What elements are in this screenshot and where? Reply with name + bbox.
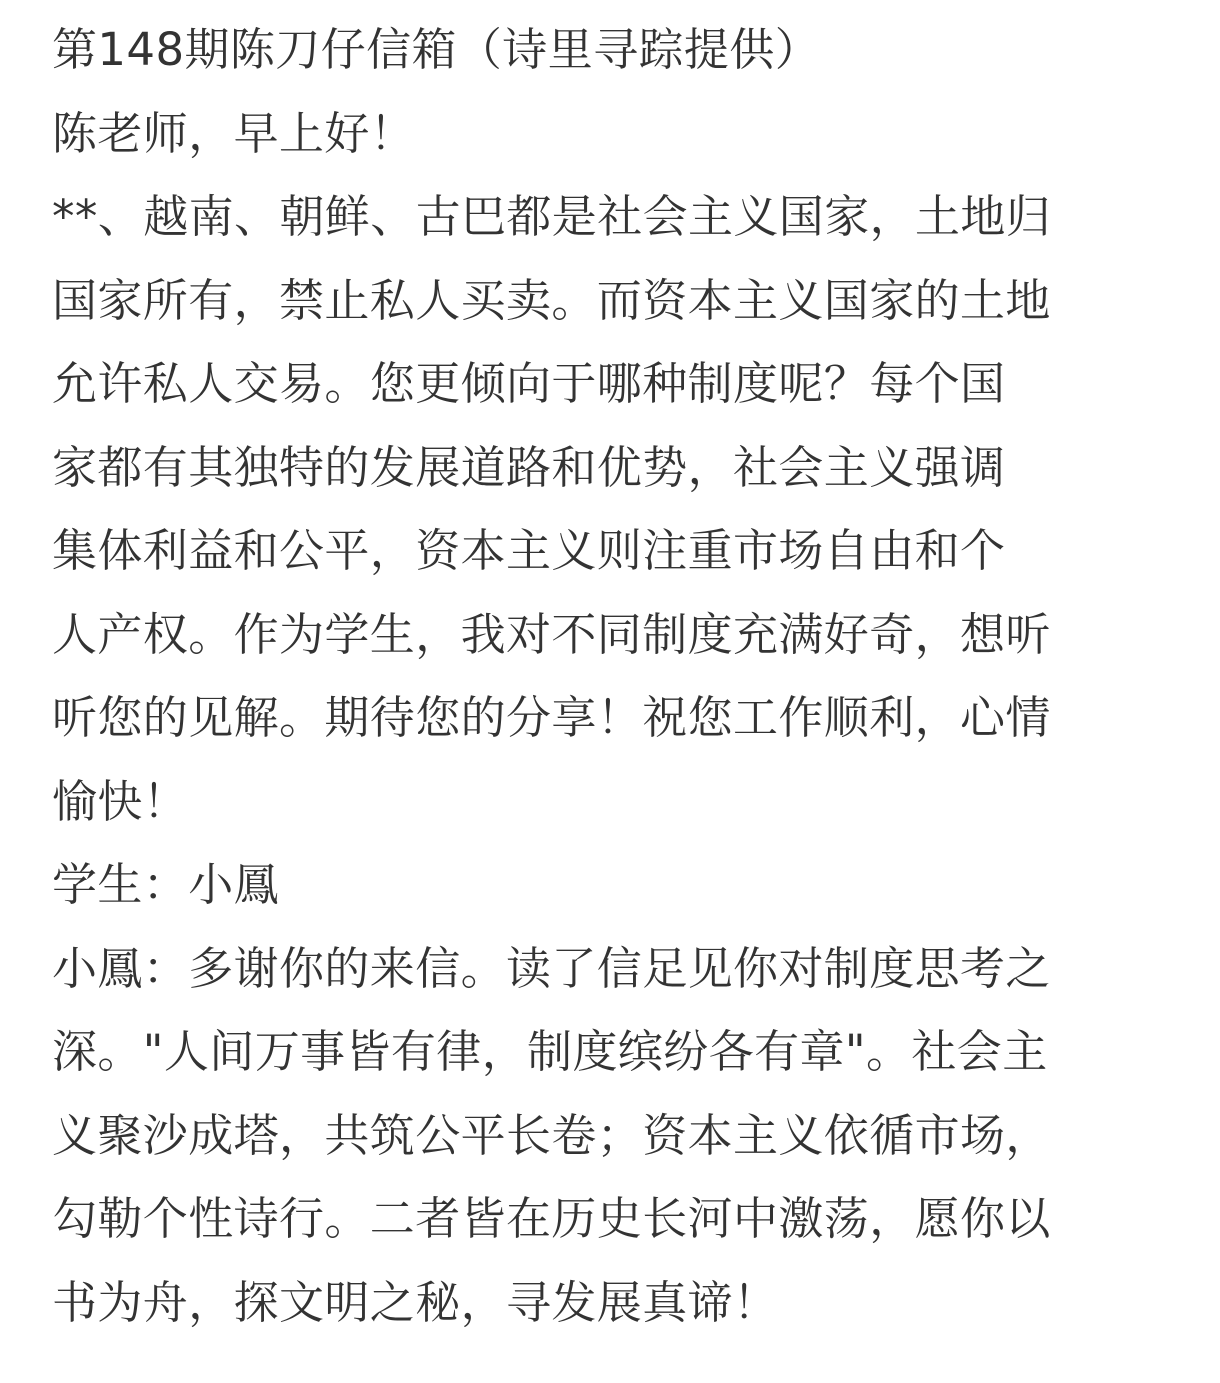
letter-line: 人产权。作为学生，我对不同制度充满好奇，想听 [52,593,1182,677]
letter-line: 集体利益和公平，资本主义则注重市场自由和个 [52,509,1182,593]
letter-document: 第148期陈刀仔信箱（诗里寻踪提供） 陈老师，早上好！ **、越南、朝鲜、古巴都… [52,8,1182,1344]
document-title: 第148期陈刀仔信箱（诗里寻踪提供） [52,8,1182,92]
letter-body: **、越南、朝鲜、古巴都是社会主义国家，土地归 国家所有，禁止私人买卖。而资本主… [52,175,1182,843]
reply-line: 勾勒个性诗行。二者皆在历史长河中激荡，愿你以 [52,1177,1182,1261]
letter-line: 家都有其独特的发展道路和优势，社会主义强调 [52,426,1182,510]
reply-line: 小鳳：多谢你的来信。读了信足见你对制度思考之 [52,927,1182,1011]
letter-line: 允许私人交易。您更倾向于哪种制度呢？每个国 [52,342,1182,426]
letter-line: **、越南、朝鲜、古巴都是社会主义国家，土地归 [52,175,1182,259]
letter-line: 愉快！ [52,760,1182,844]
greeting: 陈老师，早上好！ [52,92,1182,176]
signature: 学生：小鳳 [52,843,1182,927]
reply-line: 义聚沙成塔，共筑公平长卷；资本主义依循市场， [52,1094,1182,1178]
reply-line: 书为舟，探文明之秘，寻发展真谛！ [52,1261,1182,1345]
reply-line: 深。"人间万事皆有律，制度缤纷各有章"。社会主 [52,1010,1182,1094]
reply-body: 小鳳：多谢你的来信。读了信足见你对制度思考之 深。"人间万事皆有律，制度缤纷各有… [52,927,1182,1345]
letter-line: 听您的见解。期待您的分享！祝您工作顺利，心情 [52,676,1182,760]
letter-line: 国家所有，禁止私人买卖。而资本主义国家的土地 [52,259,1182,343]
